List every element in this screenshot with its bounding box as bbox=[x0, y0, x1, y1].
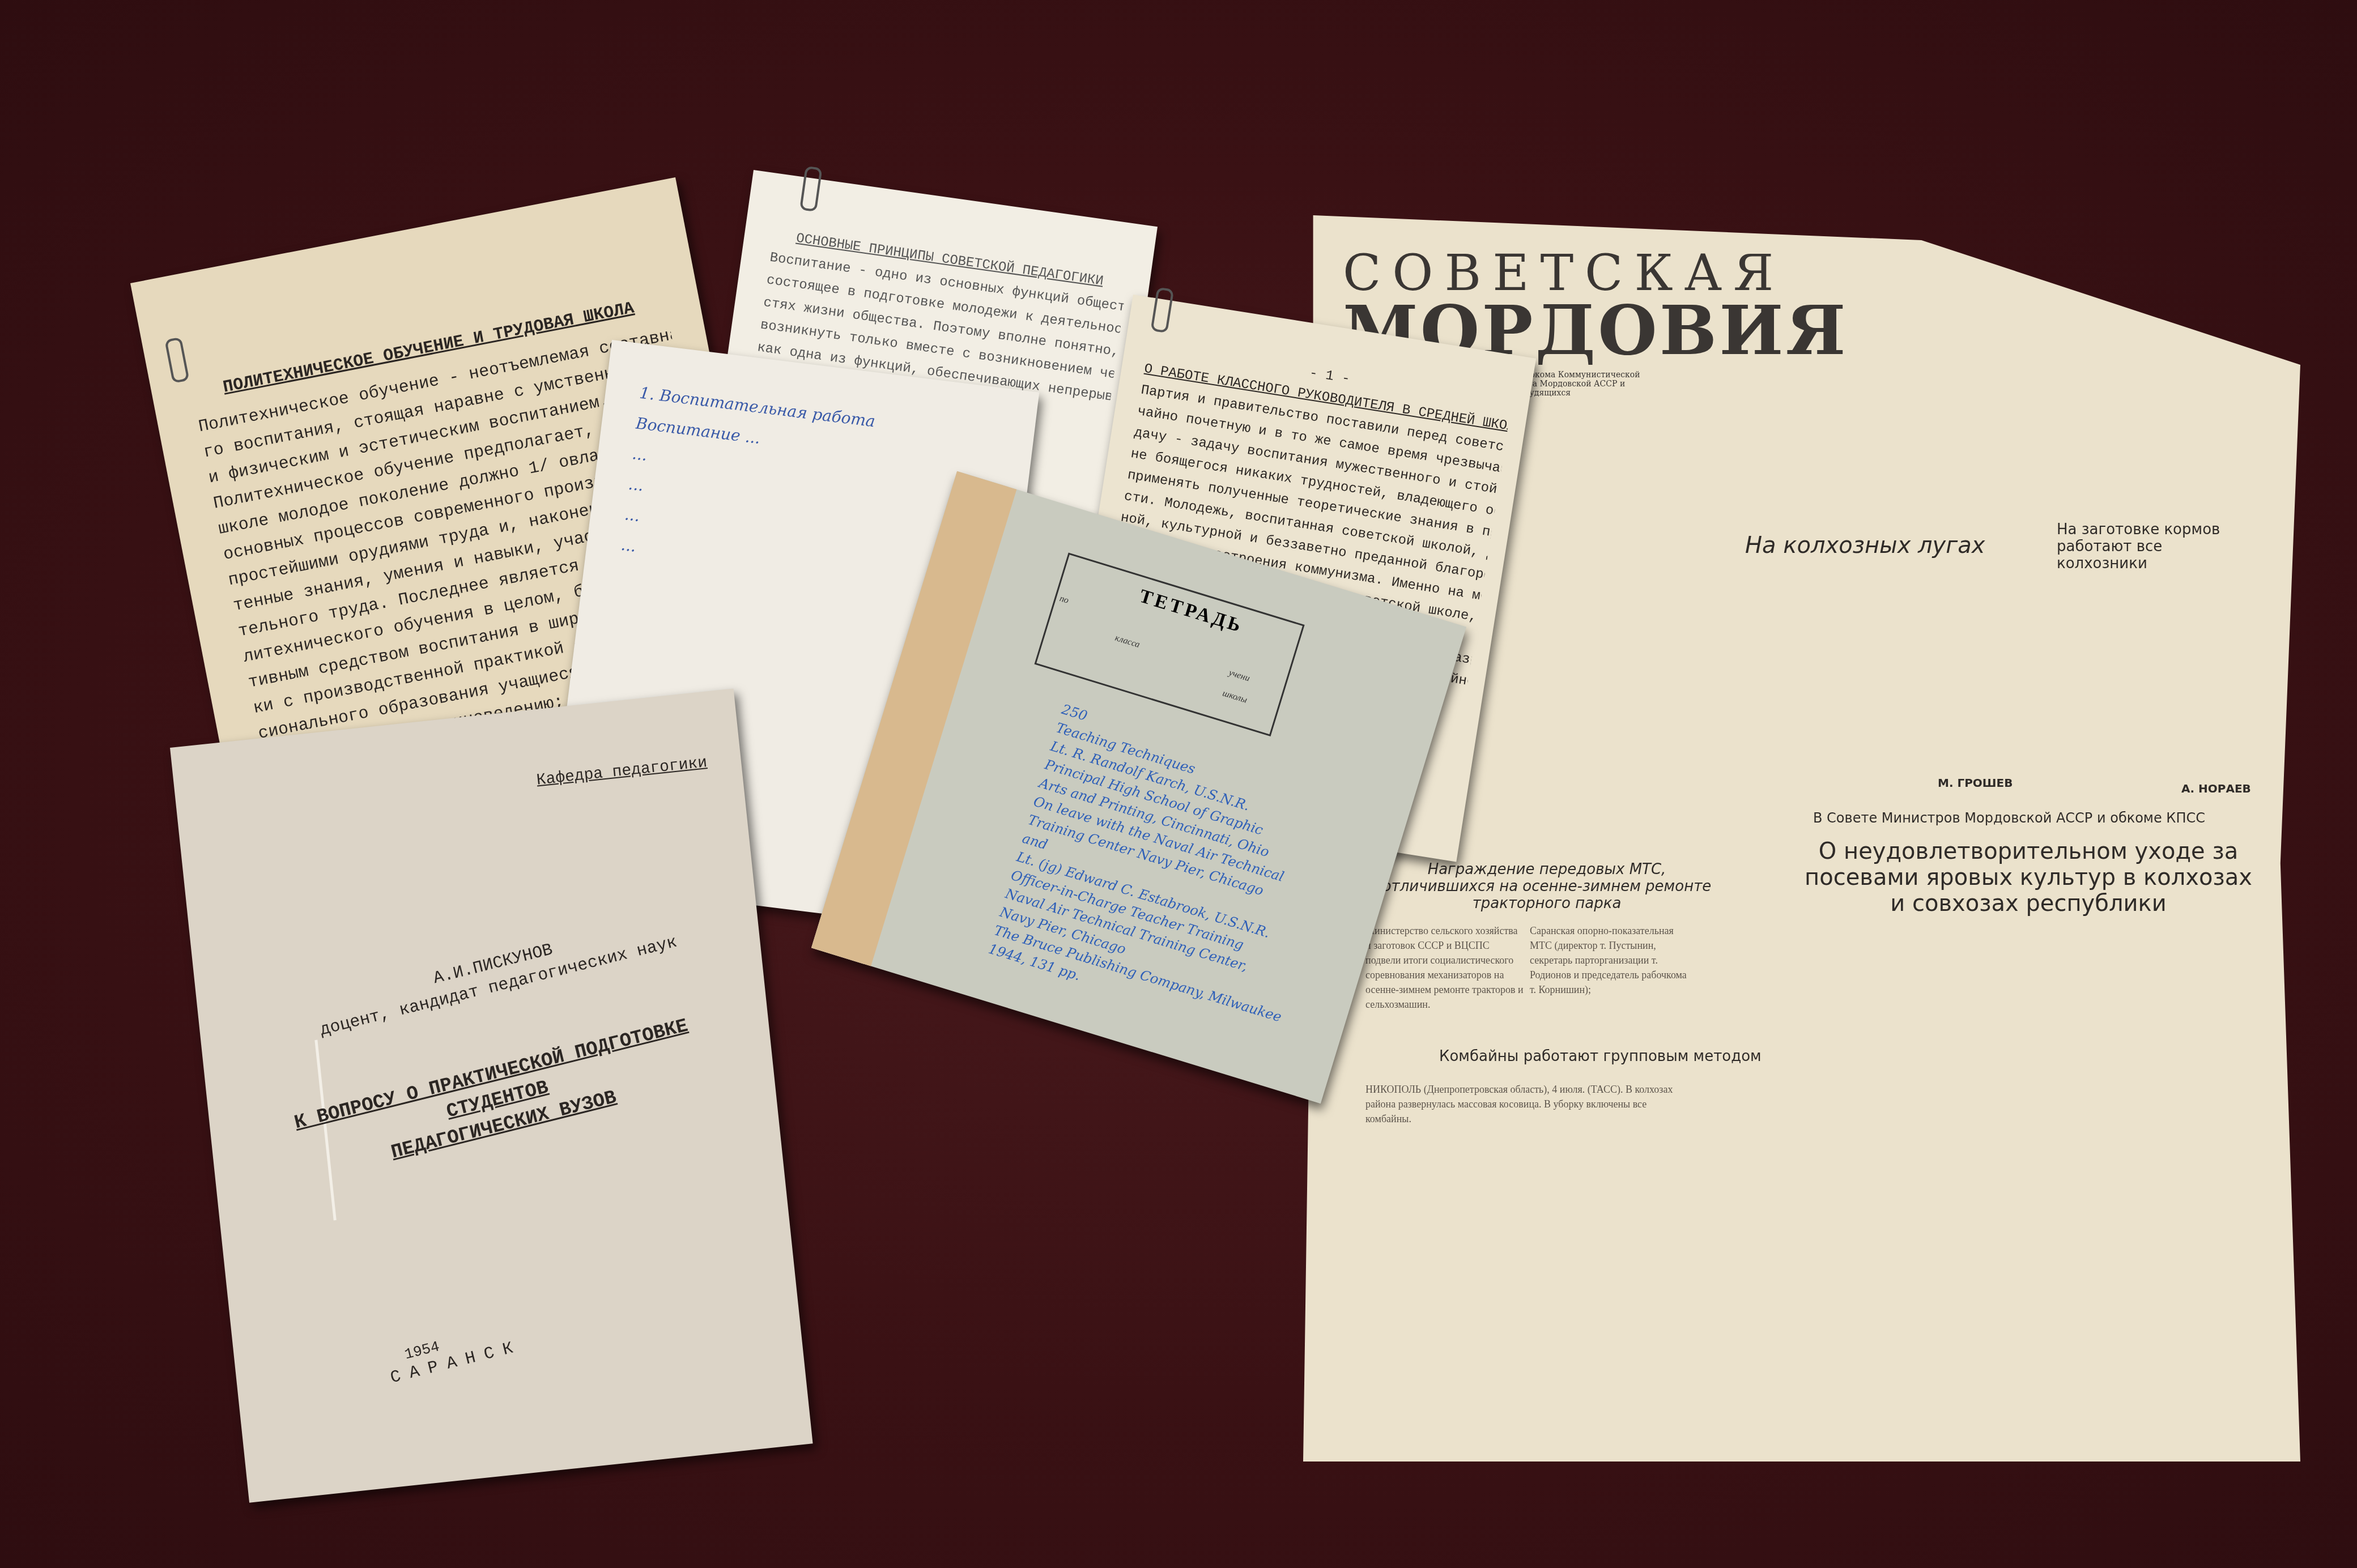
headline: На колхозных лугах bbox=[1745, 532, 1985, 559]
headline: На заготовке кормов работают все колхозн… bbox=[2057, 521, 2227, 572]
article-text: НИКОПОЛЬ (Днепропетровская область), 4 и… bbox=[1365, 1082, 1683, 1195]
section-header: В Совете Министров Мордовской АССР и обк… bbox=[1813, 810, 2205, 826]
byline: М. ГРОШЕВ bbox=[1938, 776, 2013, 790]
label-field: школы bbox=[1221, 688, 1248, 705]
author-name: А.И.ПИСКУНОВ bbox=[282, 901, 705, 1028]
handwritten-note: 250 Teaching Techniques Lt. R. Randolf K… bbox=[986, 700, 1351, 1045]
label-field: учени bbox=[1227, 668, 1250, 684]
article-text: Саранская опорно-показательная МТС (дире… bbox=[1530, 923, 1688, 1037]
label-field: по bbox=[1058, 594, 1070, 606]
headline: Награждение передовых МТС, отличившихся … bbox=[1371, 861, 1722, 912]
department-label: Кафедра педагогики bbox=[536, 754, 708, 789]
label-field: класса bbox=[1114, 633, 1141, 650]
headline: О неудовлетворительном уходе за посевами… bbox=[1802, 838, 2255, 917]
booklet-piskunov-1954: Кафедра педагогики А.И.ПИСКУНОВ доцент, … bbox=[170, 688, 813, 1502]
byline: А. НОРАЕВ bbox=[2181, 782, 2251, 795]
headline: Комбайны работают групповым методом bbox=[1439, 1048, 1762, 1065]
notebook-title: ТЕТРАДЬ bbox=[1137, 586, 1246, 638]
article-text: Министерство сельского хозяйства и загот… bbox=[1365, 923, 1524, 1037]
